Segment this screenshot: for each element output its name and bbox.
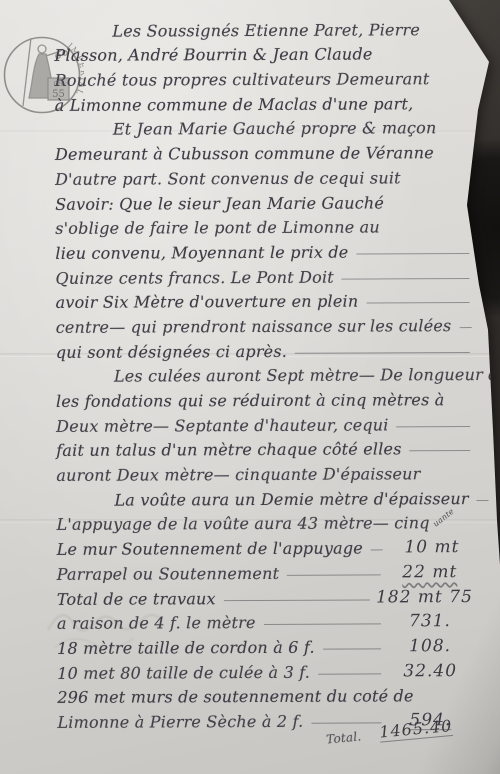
- line-text: Les culées auront Sept mètre— De longueu…: [114, 365, 500, 386]
- line-amount: 10 mt: [389, 537, 475, 557]
- manuscript-line: 10 met 80 taille de culée à 3 f. 32.40: [57, 656, 477, 683]
- line-leader: [323, 648, 381, 649]
- margin-note: uante: [431, 507, 455, 529]
- line-leader: [459, 327, 471, 328]
- line-text: Quinze cents francs. Le Pont Doit: [55, 267, 333, 287]
- manuscript-line: lieu convenu, Moyennant le prix de: [55, 236, 475, 263]
- manuscript-line: 296 met murs de soutennement du coté de: [57, 681, 477, 708]
- line-amount: 731.: [387, 611, 473, 631]
- line-text: s'oblige de faire le pont de Limonne au: [55, 218, 380, 238]
- manuscript-line: Savoir: Que le sieur Jean Marie Gauché: [55, 187, 475, 214]
- manuscript-line: Deux mètre— Septante d'hauteur, cequi: [56, 409, 476, 436]
- manuscript-line: D'autre part. Sont convenus de cequi sui…: [55, 162, 475, 189]
- manuscript-line: L'appuyage de la voûte aura 43 mètre— ci…: [57, 508, 477, 535]
- line-text: auront Deux mètre— cinquante D'épaisseur: [56, 464, 420, 485]
- line-text: L'appuyage de la voûte aura 43 mètre— ci…: [57, 514, 430, 535]
- paper-sheet: IMPÉRIAL Cts 55: [0, 0, 500, 774]
- line-leader: [397, 426, 471, 427]
- manuscript-line: Les Soussignés Etienne Paret, Pierre: [54, 14, 474, 41]
- line-text: les fondations qui se réduiront à cinq m…: [56, 390, 445, 411]
- line-text: Total de ce travaux: [57, 589, 216, 609]
- line-text: 18 mètre taille de cordon à 6 f.: [57, 638, 315, 658]
- line-text: Deux mètre— Septante d'hauteur, cequi: [56, 415, 389, 435]
- manuscript-line: avoir Six Mètre d'ouverture en plein: [56, 286, 476, 313]
- line-leader: [264, 624, 381, 626]
- manuscript-line: Les culées auront Sept mètre— De longueu…: [56, 360, 476, 387]
- manuscript-line: les fondations qui se réduiront à cinq m…: [56, 384, 476, 411]
- manuscript-line: s'oblige de faire le pont de Limonne au: [55, 212, 475, 239]
- manuscript-line: Parrapel ou Soutennement 22 mt: [57, 557, 477, 584]
- photo-background: IMPÉRIAL Cts 55: [0, 0, 500, 774]
- line-text: lieu convenu, Moyennant le prix de: [55, 242, 348, 262]
- manuscript-lines: Les Soussignés Etienne Paret, Pierre Pla…: [0, 14, 500, 774]
- line-leader: [287, 574, 381, 575]
- line-leader: [366, 302, 469, 303]
- line-leader: [371, 550, 383, 551]
- line-text: centre— qui prendront naissance sur les …: [56, 316, 452, 337]
- manuscript-line: Plasson, André Bourrin & Jean Claude: [54, 39, 474, 66]
- line-text: Les Soussignés Etienne Paret, Pierre: [112, 20, 420, 40]
- manuscript-line: fait un talus d'un mètre chaque côté ell…: [56, 434, 476, 461]
- line-text: 296 met murs de soutennement du coté de: [57, 687, 413, 708]
- line-text: a raison de 4 f. le mètre: [57, 613, 256, 633]
- line-amount: 182 mt 75: [376, 587, 473, 607]
- line-text: Total.: [326, 729, 362, 746]
- manuscript-line: Quinze cents francs. Le Pont Doit: [55, 261, 475, 288]
- manuscript-line: a raison de 4 f. le mètre 731.: [57, 607, 477, 634]
- line-leader: [356, 253, 469, 254]
- line-text: Et Jean Marie Gauché propre & maçon: [113, 119, 437, 139]
- line-text: avoir Six Mètre d'ouverture en plein: [56, 292, 359, 312]
- line-text: Le mur Soutennement de l'appuyage: [57, 539, 363, 559]
- manuscript-line: Le mur Soutennement de l'appuyage 10 mt: [57, 532, 477, 559]
- line-amount: 1465.40: [372, 715, 459, 742]
- manuscript-line: Rouché tous propres cultivateurs Demeura…: [55, 63, 475, 90]
- manuscript-line: 18 mètre taille de cordon à 6 f. 108.: [57, 631, 477, 658]
- line-amount: 108.: [387, 636, 473, 656]
- line-leader: [295, 352, 470, 354]
- line-text: qui sont désignées ci après.: [56, 341, 287, 361]
- line-amount: 22 mt: [387, 562, 473, 582]
- manuscript-line: auront Deux mètre— cinquante D'épaisseur: [56, 458, 476, 485]
- line-leader: [410, 450, 471, 451]
- manuscript-line: Total de ce travaux 182 mt 75: [57, 582, 477, 609]
- manuscript-line: Et Jean Marie Gauché propre & maçon: [55, 113, 475, 140]
- line-text: Savoir: Que le sieur Jean Marie Gauché: [55, 193, 384, 213]
- line-text: D'autre part. Sont convenus de cequi sui…: [55, 168, 401, 189]
- line-text: Rouché tous propres cultivateurs Demeura…: [55, 69, 430, 90]
- line-text: Plasson, André Bourrin & Jean Claude: [54, 45, 372, 65]
- manuscript-line: qui sont désignées ci après.: [56, 335, 476, 362]
- line-text: 10 met 80 taille de culée à 3 f.: [57, 662, 310, 682]
- line-text: fait un talus d'un mètre chaque côté ell…: [56, 440, 401, 461]
- manuscript-line: centre— qui prendront naissance sur les …: [56, 310, 476, 337]
- line-text: Parrapel ou Soutennement: [57, 564, 280, 584]
- manuscript-line: Demeurant à Cubusson commune de Véranne: [55, 137, 475, 164]
- line-text: Demeurant à Cubusson commune de Véranne: [55, 143, 434, 164]
- paper-sheet-wrap: IMPÉRIAL Cts 55: [0, 0, 500, 774]
- line-text: à Limonne commune de Maclas d'une part,: [55, 94, 414, 115]
- manuscript-line: La voûte aura un Demie mètre d'épaisseur: [56, 483, 476, 510]
- line-amount: 32.40: [387, 661, 473, 681]
- line-leader: [477, 500, 489, 501]
- manuscript-line: à Limonne commune de Maclas d'une part,: [55, 88, 475, 115]
- line-leader: [224, 599, 370, 601]
- line-leader: [342, 278, 470, 280]
- line-leader: [318, 673, 381, 674]
- line-text: La voûte aura un Demie mètre d'épaisseur: [114, 489, 468, 510]
